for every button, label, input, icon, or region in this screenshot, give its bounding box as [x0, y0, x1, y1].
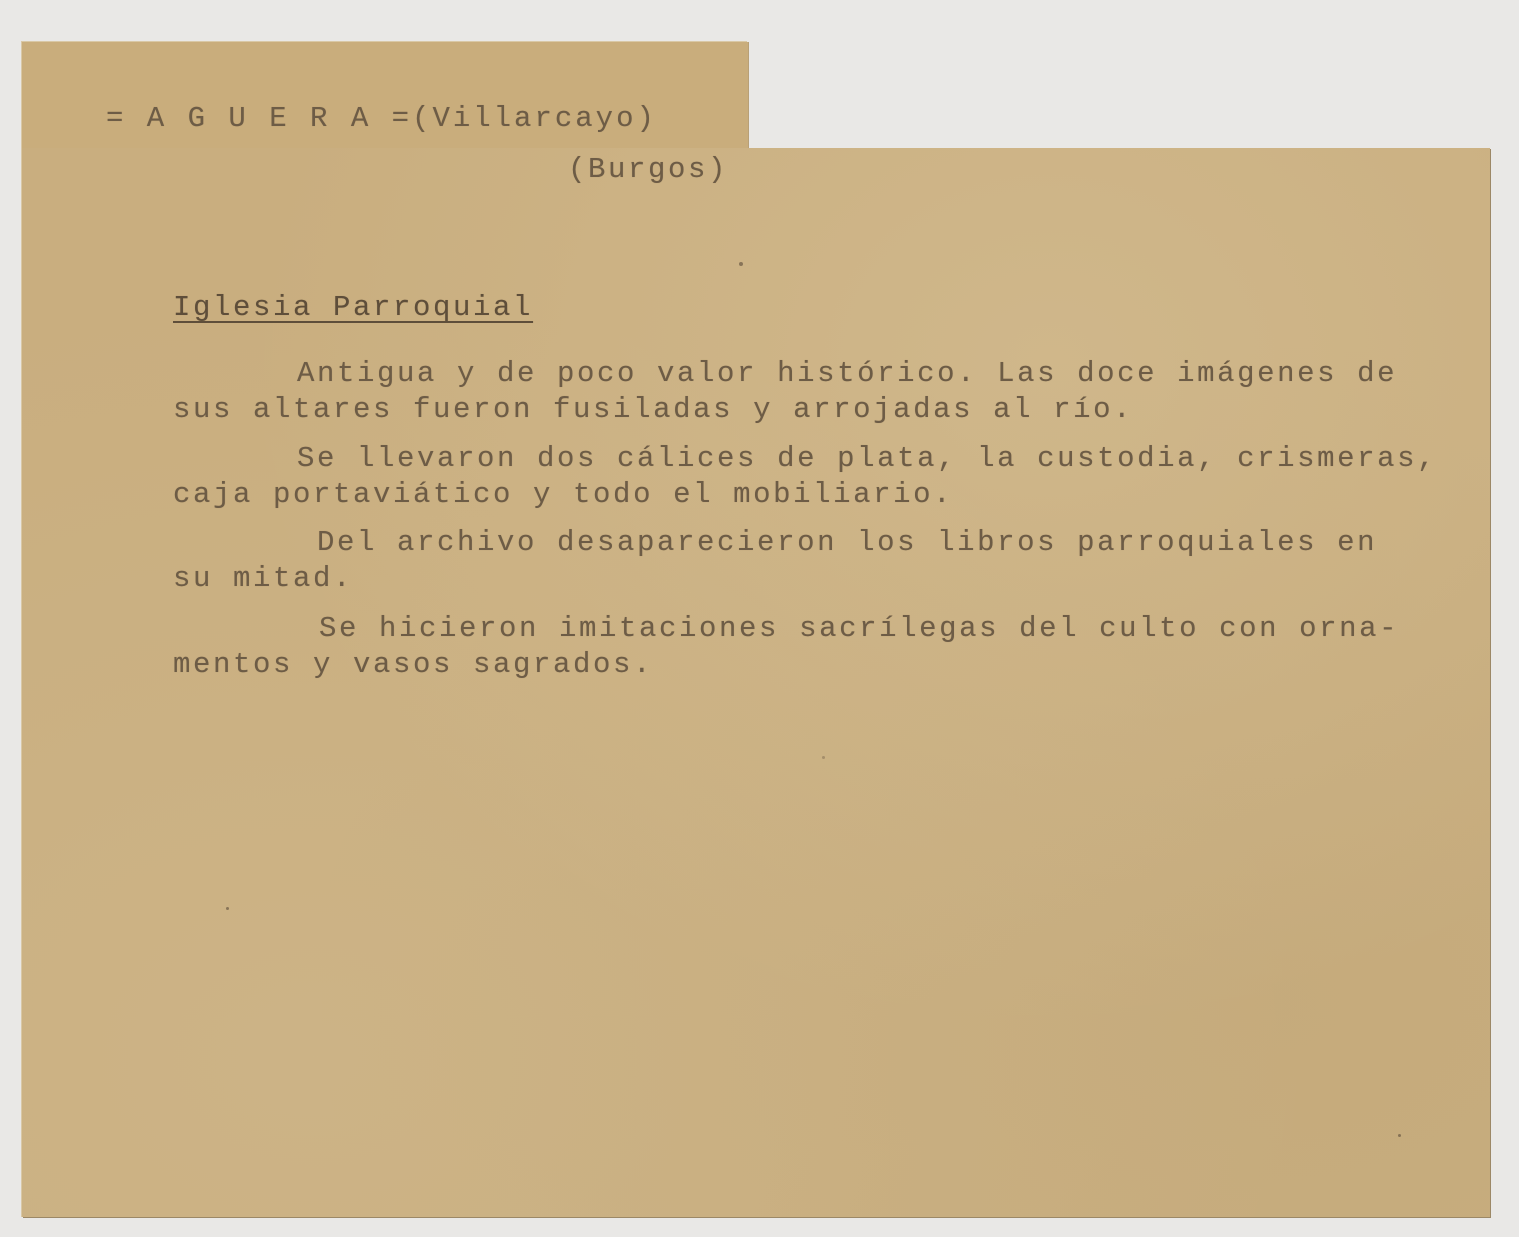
paragraph-line: sus altares fueron fusiladas y arrojadas… [173, 392, 1483, 428]
card-province: (Burgos) [568, 155, 728, 184]
paper-speck [739, 262, 743, 266]
paragraph-1: Antigua y de poco valor histórico. Las d… [173, 356, 1483, 428]
paper-speck [822, 756, 825, 759]
index-card: = A G U E R A =(Villarcayo) (Burgos) Igl… [0, 0, 1519, 1237]
paragraph-3: Del archivo desaparecieron los libros pa… [173, 525, 1483, 597]
paper-speck [226, 907, 229, 910]
card-tab [22, 42, 748, 152]
paragraph-line: Antigua y de poco valor histórico. Las d… [173, 356, 1483, 392]
card-title: = A G U E R A =(Villarcayo) [106, 104, 657, 133]
paragraph-4: Se hicieron imitaciones sacrílegas del c… [173, 611, 1483, 683]
paper-speck [1398, 1134, 1401, 1137]
paragraph-line: Se hicieron imitaciones sacrílegas del c… [173, 611, 1483, 647]
paragraph-line: mentos y vasos sagrados. [173, 647, 1483, 683]
paragraph-line: Se llevaron dos cálices de plata, la cus… [173, 441, 1483, 477]
paragraph-2: Se llevaron dos cálices de plata, la cus… [173, 441, 1483, 513]
paragraph-line: Del archivo desaparecieron los libros pa… [173, 525, 1483, 561]
section-heading: Iglesia Parroquial [173, 293, 533, 322]
paragraph-line: su mitad. [173, 561, 1483, 597]
paragraph-line: caja portaviático y todo el mobiliario. [173, 477, 1483, 513]
